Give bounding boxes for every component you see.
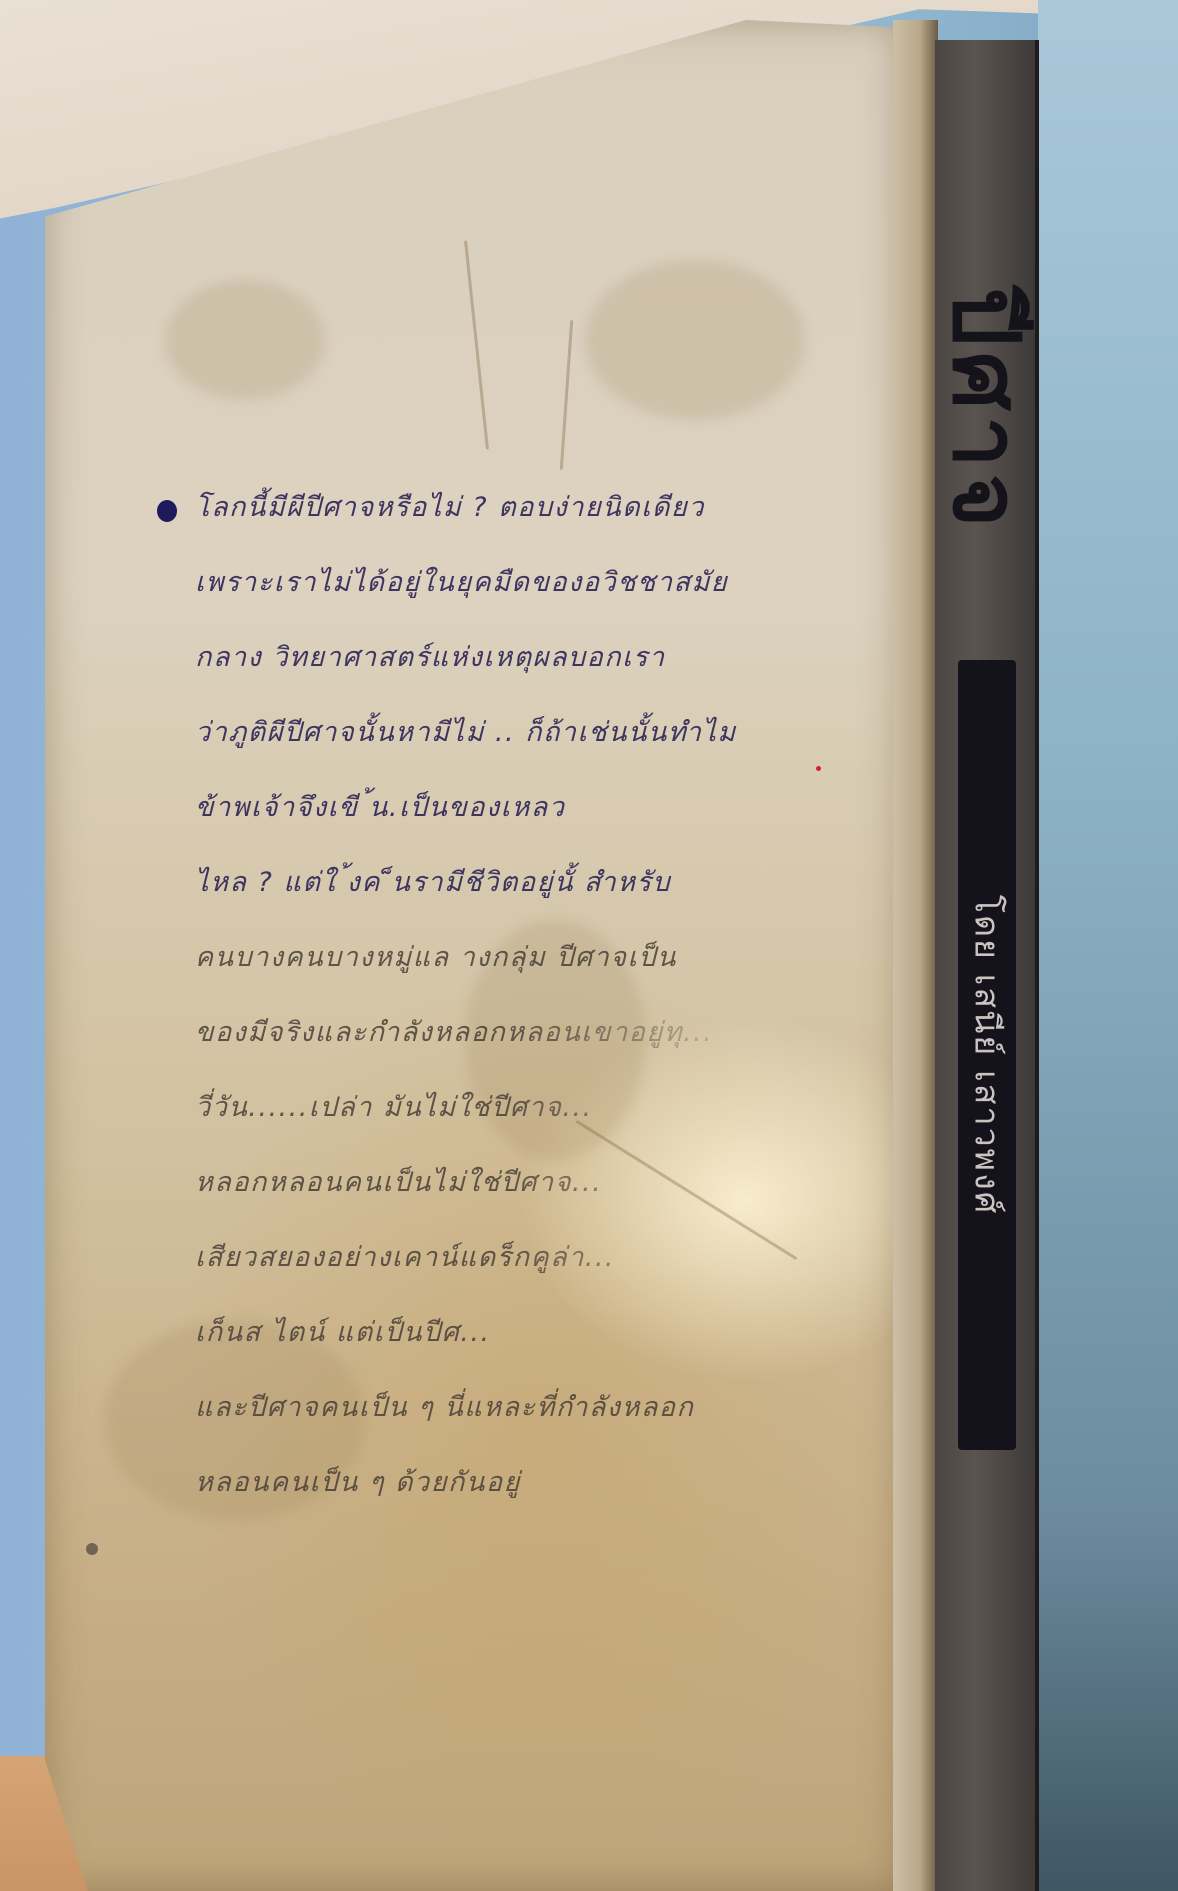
spine-author-label: โดย เสนีย์ เสาวพงศ์ — [958, 660, 1016, 1450]
blurb-line: เสียวสยองอย่างเคาน์แดร็กคูล่า... — [195, 1220, 715, 1295]
blurb-line: หลอนคนเป็น ๆ ด้วยกันอยู่ — [195, 1445, 715, 1520]
blurb-line: ไหล ? แต่ใ ้งค ็นรามีชีวิตอยู่นั้ สำหรับ — [195, 845, 715, 920]
back-cover-blurb: โลกนี้มีผีปีศาจหรือไม่ ? ตอบง่ายนิดเดียว… — [195, 470, 715, 1520]
spine-title: ปีศาจ — [952, 180, 1022, 640]
paper-stain — [585, 260, 805, 420]
paper-crease — [464, 240, 489, 449]
blurb-line: ว่าภูติผีปีศาจนั้นหามีไม่ .. ก็ถ้าเช่นนั… — [195, 695, 715, 770]
blurb-line: และปีศาจคนเป็น ๆ นี่แหละที่กำลังหลอก — [195, 1370, 715, 1445]
red-ink-speck — [816, 766, 821, 771]
blurb-line: กลาง วิทยาศาสตร์แห่งเหตุผลบอกเรา — [195, 620, 715, 695]
blurb-line: โลกนี้มีผีปีศาจหรือไม่ ? ตอบง่ายนิดเดียว — [195, 470, 715, 545]
bullet-dot-icon — [157, 500, 177, 522]
paper-stain — [165, 280, 325, 400]
paper-crease — [560, 320, 573, 470]
cover-spot — [86, 1543, 98, 1555]
spine-title-text: ปีศาจ — [914, 287, 1061, 533]
blurb-line: ข้าพเจ้าจึงเขี ้น.เป็นของเหลว — [195, 770, 715, 845]
blurb-line: เก็นส ไตน์ แต่เป็นปีศ... — [195, 1295, 715, 1370]
blurb-line: คนบางคนบางหมู่แล างกลุ่ม ปีศาจเป็น — [195, 920, 715, 995]
background-wall — [1038, 0, 1178, 1891]
spine-author-text: โดย เสนีย์ เสาวพงศ์ — [960, 895, 1014, 1216]
blurb-line: เพราะเราไม่ได้อยู่ในยุคมืดของอวิชชาสมัย — [195, 545, 715, 620]
blurb-line: ของมีจริงและกำลังหลอกหลอนเขาอยู่ทุ... — [195, 995, 715, 1070]
blurb-line: วี่วัน......เปล่า มันไม่ใช่ปีศาจ... — [195, 1070, 715, 1145]
blurb-line: หลอกหลอนคนเป็นไม่ใช่ปีศาจ... — [195, 1145, 715, 1220]
